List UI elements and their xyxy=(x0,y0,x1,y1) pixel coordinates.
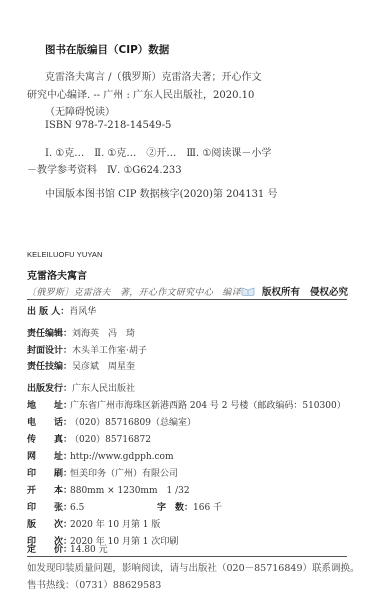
printer-row: 印刷：恒美印务（广州）有限公司 xyxy=(27,466,178,479)
title-rule xyxy=(27,299,347,300)
edition-row: 版次：2020 年 10 月第 1 版 xyxy=(27,517,160,530)
words-label: 字 数： xyxy=(157,500,193,513)
printer-value: 恒美印务（广州）有限公司 xyxy=(70,469,178,479)
cip-line-3: （无障碍悦读） xyxy=(45,103,115,118)
cip-heading: 图书在版编目（CIP）数据 xyxy=(45,42,169,57)
publisher-person-label: 出 版 人： xyxy=(27,304,69,317)
address-value: 广东省广州市海珠区新港西路 204 号 2 号楼（邮政编码：510300） xyxy=(70,401,346,411)
sales-hotline: 售书热线：（0731）88629583 xyxy=(27,577,161,591)
price-value: 14.80 元 xyxy=(70,545,108,555)
words-value: 166 千 xyxy=(193,503,222,513)
tech-editors-label: 责任技编： xyxy=(27,359,72,372)
cip-line-5: Ⅰ. ①克… Ⅱ. ①克… ②开… Ⅲ. ①阅读课－小学 xyxy=(45,144,271,159)
editors-label: 责任编辑： xyxy=(27,326,72,339)
rights-reserved: 版权所有 xyxy=(262,287,300,298)
sheets-label-a: 印 xyxy=(27,500,54,513)
cip-line-2: 研究中心编译. -- 广州 : 广东人民出版社，2020.10 xyxy=(27,86,254,101)
cip-line-1: 克雷洛夫寓言 /（俄罗斯）克雷洛夫著；开心作文 xyxy=(45,68,262,83)
fax-label-a: 传 xyxy=(27,432,54,445)
sheets-value: 6.5 xyxy=(70,503,84,513)
footer-rule xyxy=(27,556,347,557)
format-value: 880mm × 1230mm 1 /32 xyxy=(70,486,190,496)
website-label-a: 网 xyxy=(27,449,54,462)
book-icon xyxy=(241,286,255,296)
edition-value: 2020 年 10 月第 1 版 xyxy=(70,520,160,530)
price-row-visible: 定价：14.80 元 xyxy=(27,542,108,555)
distributor-label: 出版发行： xyxy=(27,381,72,394)
tech-editors-value: 吴彦斌 周星奎 xyxy=(72,362,135,372)
editors-value: 刘海英 冯 琦 xyxy=(72,329,135,339)
website-value[interactable]: http://www.gdpph.com xyxy=(70,452,174,462)
cip-line-6: －教学参考资料 Ⅳ. ①G624.233 xyxy=(27,161,182,176)
cip-isbn: ISBN 978-7-218-14549-5 xyxy=(45,120,171,131)
address-label-a: 地 xyxy=(27,398,54,411)
distributor-value: 广东人民出版社 xyxy=(72,384,135,394)
book-title: 克雷洛夫寓言 xyxy=(27,267,87,282)
price-label-a: 定 xyxy=(27,542,54,555)
cip-line-7: 中国版本图书馆 CIP 数据核字(2020)第 204131 号 xyxy=(45,185,277,200)
cover-design-row: 封面设计：木头羊工作室·胡子 xyxy=(27,343,147,356)
website-row: 网址：http://www.gdpph.com xyxy=(27,449,174,462)
fax-row: 传真：（020）85716872 xyxy=(27,432,151,445)
sheets-row: 印张：6.5 xyxy=(27,500,84,513)
publisher-person-value: 肖风华 xyxy=(69,307,96,317)
author-line: 〔俄罗斯〕克雷洛夫 著，开心作文研究中心 编译 xyxy=(27,285,241,298)
words-row: 字 数：166 千 xyxy=(157,500,222,513)
infringement-notice: 侵权必究 xyxy=(310,287,348,298)
phone-label-a: 电 xyxy=(27,415,54,428)
edition-label-a: 版 xyxy=(27,517,54,530)
pinyin-title: KELEILUOFU YUYAN xyxy=(27,250,103,259)
address-row: 地址：广东省广州市海珠区新港西路 204 号 2 号楼（邮政编码：510300） xyxy=(27,398,346,411)
publisher-person-row: 出 版 人：肖风华 xyxy=(27,304,96,317)
format-row: 开本：880mm × 1230mm 1 /32 xyxy=(27,483,190,496)
cover-design-value: 木头羊工作室·胡子 xyxy=(72,346,147,356)
rights-notice: 版权所有侵权必究 xyxy=(262,284,358,298)
tech-editors-row: 责任技编：吴彦斌 周星奎 xyxy=(27,359,135,372)
printer-label-a: 印 xyxy=(27,466,54,479)
phone-value: （020）85716809（总编室） xyxy=(70,418,196,428)
editors-row: 责任编辑：刘海英 冯 琦 xyxy=(27,326,135,339)
format-label-a: 开 xyxy=(27,483,54,496)
fax-value: （020）85716872 xyxy=(70,435,151,445)
quality-notice: 如发现印装质量问题，影响阅读，请与出版社（020－85716849）联系调换。 xyxy=(27,560,360,574)
phone-row: 电话：（020）85716809（总编室） xyxy=(27,415,196,428)
cover-design-label: 封面设计： xyxy=(27,343,72,356)
distributor-row: 出版发行：广东人民出版社 xyxy=(27,381,135,394)
